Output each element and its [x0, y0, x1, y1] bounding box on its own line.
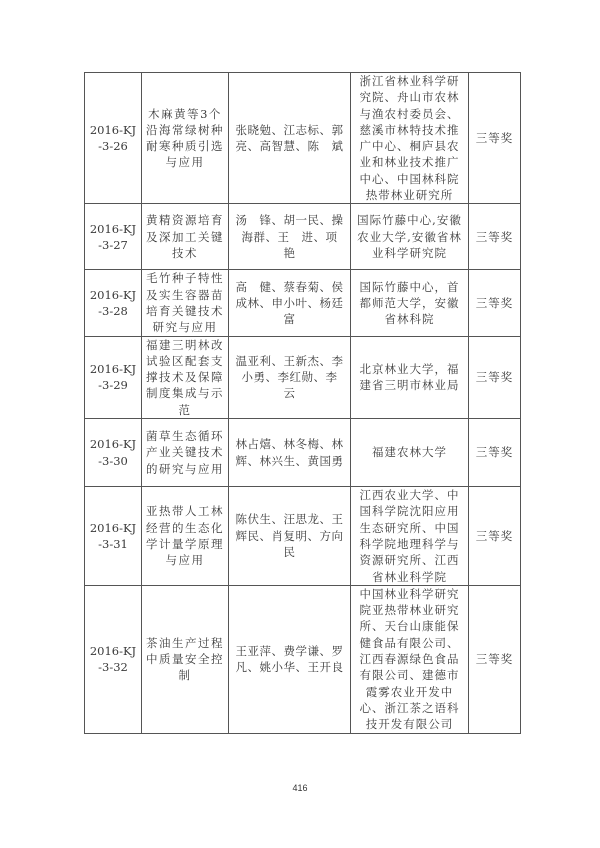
- project-id-cell: 2016-KJ-3-31: [85, 487, 142, 586]
- organizations-cell: 国际竹藤中心，首都师范大学，安徽省林科院: [351, 270, 469, 336]
- participants-cell: 汤 锋、胡一民、操海群、王 进、项 艳: [229, 204, 351, 270]
- award-level-cell: 三等奖: [469, 336, 521, 418]
- project-id-cell: 2016-KJ-3-32: [85, 585, 142, 733]
- table-row: 2016-KJ-3-27黄精资源培育及深加工关键技术汤 锋、胡一民、操海群、王 …: [85, 204, 521, 270]
- award-level-cell: 三等奖: [469, 270, 521, 336]
- award-level-cell: 三等奖: [469, 419, 521, 487]
- award-level-cell: 三等奖: [469, 204, 521, 270]
- project-name-cell: 菌草生态循环产业关键技术的研究与应用: [142, 419, 229, 487]
- table-row: 2016-KJ-3-29福建三明林改试验区配套支撑技术及保障制度集成与示范温亚利…: [85, 336, 521, 418]
- organizations-cell: 福建农林大学: [351, 419, 469, 487]
- table-row: 2016-KJ-3-31亚热带人工林经营的生态化学计量学原理与应用陈伏生、汪思龙…: [85, 487, 521, 586]
- participants-cell: 陈伏生、汪思龙、王辉民、肖复明、方向民: [229, 487, 351, 586]
- participants-cell: 温亚利、王新杰、李小勇、李红勋、李 云: [229, 336, 351, 418]
- award-level-cell: 三等奖: [469, 73, 521, 204]
- page-number: 416: [0, 783, 600, 793]
- organizations-cell: 浙江省林业科学研究院、舟山市农林与渔农村委员会、慈溪市林特技术推广中心、桐庐县农…: [351, 73, 469, 204]
- project-name-cell: 毛竹种子特性及实生容器苗培育关键技术研究与应用: [142, 270, 229, 336]
- table-row: 2016-KJ-3-32茶油生产过程中质量安全控制王亚萍、费学谦、罗凡、姚小华、…: [85, 585, 521, 733]
- project-id-cell: 2016-KJ-3-30: [85, 419, 142, 487]
- project-name-cell: 木麻黄等3个沿海常绿树种耐寒种质引选与应用: [142, 73, 229, 204]
- project-id-cell: 2016-KJ-3-26: [85, 73, 142, 204]
- project-id-cell: 2016-KJ-3-28: [85, 270, 142, 336]
- project-name-cell: 黄精资源培育及深加工关键技术: [142, 204, 229, 270]
- organizations-cell: 国际竹藤中心,安徽农业大学,安徽省林业科学研究院: [351, 204, 469, 270]
- organizations-cell: 江西农业大学、中国科学院沈阳应用生态研究所、中国科学院地理科学与资源研究所、江西…: [351, 487, 469, 586]
- participants-cell: 高 健、蔡春菊、侯成林、申小叶、杨廷富: [229, 270, 351, 336]
- table-row: 2016-KJ-3-28毛竹种子特性及实生容器苗培育关键技术研究与应用高 健、蔡…: [85, 270, 521, 336]
- project-id-cell: 2016-KJ-3-29: [85, 336, 142, 418]
- project-name-cell: 茶油生产过程中质量安全控制: [142, 585, 229, 733]
- organizations-cell: 北京林业大学，福建省三明市林业局: [351, 336, 469, 418]
- participants-cell: 张晓勉、江志标、郭亮、高智慧、陈 斌: [229, 73, 351, 204]
- table-row: 2016-KJ-3-26木麻黄等3个沿海常绿树种耐寒种质引选与应用张晓勉、江志标…: [85, 73, 521, 204]
- table-row: 2016-KJ-3-30菌草生态循环产业关键技术的研究与应用林占熺、林冬梅、林辉…: [85, 419, 521, 487]
- project-name-cell: 福建三明林改试验区配套支撑技术及保障制度集成与示范: [142, 336, 229, 418]
- organizations-cell: 中国林业科学研究院亚热带林业研究所、天台山康能保健食品有限公司、江西春源绿色食品…: [351, 585, 469, 733]
- award-level-cell: 三等奖: [469, 585, 521, 733]
- participants-cell: 王亚萍、费学谦、罗凡、姚小华、王开良: [229, 585, 351, 733]
- award-level-cell: 三等奖: [469, 487, 521, 586]
- project-id-cell: 2016-KJ-3-27: [85, 204, 142, 270]
- participants-cell: 林占熺、林冬梅、林辉、林兴生、黄国勇: [229, 419, 351, 487]
- project-name-cell: 亚热带人工林经营的生态化学计量学原理与应用: [142, 487, 229, 586]
- awards-table: 2016-KJ-3-26木麻黄等3个沿海常绿树种耐寒种质引选与应用张晓勉、江志标…: [84, 72, 521, 734]
